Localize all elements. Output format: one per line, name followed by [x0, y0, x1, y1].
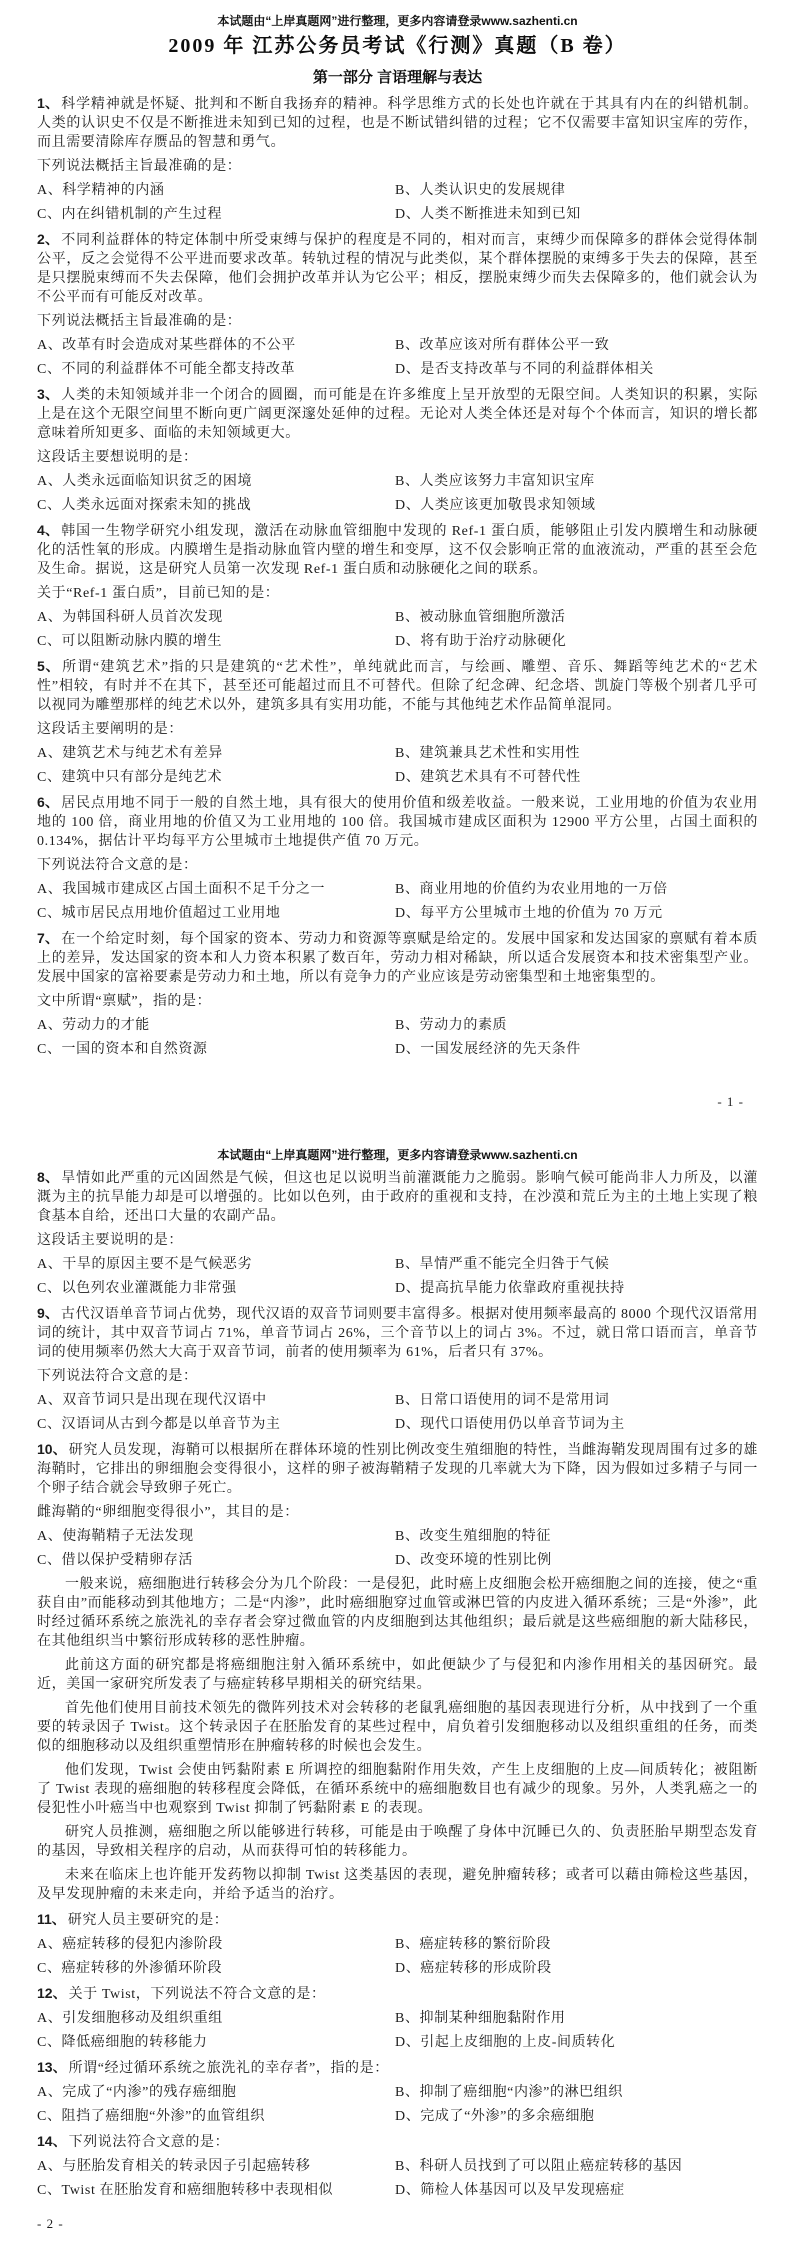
options-grid: A、改革有时会造成对某些群体的不公平B、改革应该对所有群体公平一致C、不同的利益…: [37, 331, 758, 379]
options-grid: A、癌症转移的侵犯内渗阶段B、癌症转移的繁衍阶段C、癌症转移的外渗循环阶段D、癌…: [37, 1930, 758, 1978]
question-stem: 8、旱情如此严重的元凶固然是气候，但这也足以说明当前灌溉能力之脆弱。影响气候可能…: [37, 1168, 758, 1226]
passage-paragraph: 他们发现，Twist 会使由钙黏附素 E 所调控的细胞黏附作用失效，产生上皮细胞…: [37, 1761, 758, 1818]
question-stem: 4、韩国一生物学研究小组发现，激活在动脉血管细胞中发现的 Ref-1 蛋白质，能…: [37, 521, 758, 579]
answer-option: A、劳动力的才能: [37, 1016, 395, 1035]
answer-option: D、筛检人体基因可以及早发现癌症: [395, 2181, 758, 2200]
question-prompt: 下列说法符合文意的是：: [37, 856, 758, 875]
answer-option: D、改变环境的性别比例: [395, 1551, 758, 1570]
question-prompt: 下列说法概括主旨最准确的是：: [37, 157, 758, 176]
answer-option: D、引起上皮细胞的上皮-间质转化: [395, 2033, 758, 2052]
question-list-page1: 1、科学精神就是怀疑、批判和不断自我扬弃的精神。科学思维方式的长处也许就在于其具…: [37, 94, 758, 1059]
question-prompt: 关于“Ref-1 蛋白质”，目前已知的是：: [37, 584, 758, 603]
options-grid: A、科学精神的内涵B、人类认识史的发展规律C、内在纠错机制的产生过程D、人类不断…: [37, 176, 758, 224]
question-number: 12、: [37, 1985, 69, 2001]
options-grid: A、劳动力的才能B、劳动力的素质C、一国的资本和自然资源D、一国发展经济的先天条…: [37, 1011, 758, 1059]
question-stem: 5、所谓“建筑艺术”指的只是建筑的“艺术性”，单纯就此而言，与绘画、雕塑、音乐、…: [37, 657, 758, 715]
question-text: 所谓“经过循环系统之旅洗礼的幸存者”，指的是：: [69, 2061, 389, 2076]
answer-option: B、人类认识史的发展规律: [395, 181, 758, 200]
exam-title: 2009 年 江苏公务员考试《行测》真题（B 卷）: [37, 32, 758, 60]
answer-option: D、一国发展经济的先天条件: [395, 1040, 758, 1059]
question-block: 6、居民点用地不同于一般的自然土地，具有很大的使用价值和级差收益。一般来说，工业…: [37, 793, 758, 923]
answer-option: C、内在纠错机制的产生过程: [37, 205, 395, 224]
answer-option: D、将有助于治疗动脉硬化: [395, 632, 758, 651]
answer-option: D、癌症转移的形成阶段: [395, 1959, 758, 1978]
options-grid: A、完成了“内渗”的残存癌细胞B、抑制了癌细胞“内渗”的淋巴组织C、阻挡了癌细胞…: [37, 2078, 758, 2126]
answer-option: B、抑制了癌细胞“内渗”的淋巴组织: [395, 2083, 758, 2102]
question-number: 8、: [37, 1169, 61, 1185]
question-text: 所谓“建筑艺术”指的只是建筑的“艺术性”，单纯就此而言，与绘画、雕塑、音乐、舞蹈…: [37, 660, 758, 713]
question-stem: 9、古代汉语单音节词占优势，现代汉语的双音节词则要丰富得多。根据对使用频率最高的…: [37, 1304, 758, 1362]
page-number-1: - 1 -: [717, 1094, 744, 1110]
options-grid: A、使海鞘精子无法发现B、改变生殖细胞的特征C、借以保护受精卵存活D、改变环境的…: [37, 1522, 758, 1570]
answer-option: D、建筑艺术具有不可替代性: [395, 768, 758, 787]
answer-option: D、人类不断推进未知到已知: [395, 205, 758, 224]
options-grid: A、与胚胎发育相关的转录因子引起癌转移B、科研人员找到了可以阻止癌症转移的基因C…: [37, 2152, 758, 2200]
question-block: 11、研究人员主要研究的是： A、癌症转移的侵犯内渗阶段B、癌症转移的繁衍阶段C…: [37, 1910, 758, 1978]
answer-option: C、可以阻断动脉内膜的增生: [37, 632, 395, 651]
answer-option: C、一国的资本和自然资源: [37, 1040, 395, 1059]
question-number: 9、: [37, 1305, 61, 1321]
question-number: 4、: [37, 522, 61, 538]
answer-option: C、阻挡了癌细胞“外渗”的血管组织: [37, 2107, 395, 2126]
reading-passage: 一般来说，癌细胞进行转移会分为几个阶段：一是侵犯，此时癌上皮细胞会松开癌细胞之间…: [37, 1575, 758, 1904]
page-number-2: - 2 -: [37, 2216, 64, 2232]
answer-option: B、科研人员找到了可以阻止癌症转移的基因: [395, 2157, 758, 2176]
passage-paragraph: 一般来说，癌细胞进行转移会分为几个阶段：一是侵犯，此时癌上皮细胞会松开癌细胞之间…: [37, 1575, 758, 1651]
options-grid: A、人类永远面临知识贫乏的困境B、人类应该努力丰富知识宝库C、人类永远面对探索未…: [37, 467, 758, 515]
answer-option: A、建筑艺术与纯艺术有差异: [37, 744, 395, 763]
options-grid: A、为韩国科研人员首次发现B、被动脉血管细胞所激活C、可以阻断动脉内膜的增生D、…: [37, 603, 758, 651]
passage-paragraph: 未来在临床上也许能开发药物以抑制 Twist 这类基因的表现，避免肿瘤转移；或者…: [37, 1866, 758, 1904]
section-heading: 第一部分 言语理解与表达: [37, 68, 758, 88]
page-2: 本试题由“上岸真题网”进行整理，更多内容请登录www.sazhenti.cn 8…: [0, 1122, 794, 2244]
question-block: 8、旱情如此严重的元凶固然是气候，但这也足以说明当前灌溉能力之脆弱。影响气候可能…: [37, 1168, 758, 1298]
question-list-page2-top: 8、旱情如此严重的元凶固然是气候，但这也足以说明当前灌溉能力之脆弱。影响气候可能…: [37, 1168, 758, 1570]
question-stem: 11、研究人员主要研究的是：: [37, 1910, 758, 1930]
question-prompt: 下列说法概括主旨最准确的是：: [37, 312, 758, 331]
answer-option: A、为韩国科研人员首次发现: [37, 608, 395, 627]
question-number: 2、: [37, 231, 61, 247]
answer-option: D、完成了“外渗”的多余癌细胞: [395, 2107, 758, 2126]
question-prompt: 下列说法符合文意的是：: [37, 1367, 758, 1386]
answer-option: D、现代口语使用仍以单音节词为主: [395, 1415, 758, 1434]
question-text: 人类的未知领域并非一个闭合的圆圈，而可能是在许多维度上呈开放型的无限空间。人类知…: [37, 388, 758, 441]
question-text: 在一个给定时刻，每个国家的资本、劳动力和资源等禀赋是给定的。发展中国家和发达国家…: [37, 932, 758, 985]
answer-option: B、商业用地的价值约为农业用地的一万倍: [395, 880, 758, 899]
answer-option: C、降低癌细胞的转移能力: [37, 2033, 395, 2052]
passage-paragraph: 首先他们使用目前技术领先的微阵列技术对会转移的老鼠乳癌细胞的基因表现进行分析，从…: [37, 1699, 758, 1756]
answer-option: D、是否支持改革与不同的利益群体相关: [395, 360, 758, 379]
answer-option: B、改变生殖细胞的特征: [395, 1527, 758, 1546]
question-number: 10、: [37, 1441, 69, 1457]
question-number: 13、: [37, 2059, 69, 2075]
question-prompt: 文中所谓“禀赋”，指的是：: [37, 992, 758, 1011]
question-text: 研究人员主要研究的是：: [68, 1913, 229, 1928]
options-grid: A、建筑艺术与纯艺术有差异B、建筑兼具艺术性和实用性C、建筑中只有部分是纯艺术D…: [37, 739, 758, 787]
answer-option: B、改革应该对所有群体公平一致: [395, 336, 758, 355]
answer-option: B、建筑兼具艺术性和实用性: [395, 744, 758, 763]
question-text: 关于 Twist，下列说法不符合文意的是：: [69, 1987, 326, 2002]
answer-option: C、借以保护受精卵存活: [37, 1551, 395, 1570]
question-text: 旱情如此严重的元凶固然是气候，但这也足以说明当前灌溉能力之脆弱。影响气候可能尚非…: [37, 1171, 758, 1224]
question-stem: 6、居民点用地不同于一般的自然土地，具有很大的使用价值和级差收益。一般来说，工业…: [37, 793, 758, 851]
answer-option: B、劳动力的素质: [395, 1016, 758, 1035]
question-stem: 2、不同利益群体的特定体制中所受束缚与保护的程度是不同的，相对而言，束缚少而保障…: [37, 230, 758, 307]
question-number: 5、: [37, 658, 62, 674]
answer-option: A、癌症转移的侵犯内渗阶段: [37, 1935, 395, 1954]
question-prompt: 雌海鞘的“卵细胞变得很小”，其目的是：: [37, 1503, 758, 1522]
answer-option: C、城市居民点用地价值超过工业用地: [37, 904, 395, 923]
page-header-note: 本试题由“上岸真题网”进行整理，更多内容请登录www.sazhenti.cn: [37, 1148, 758, 1162]
question-stem: 12、关于 Twist，下列说法不符合文意的是：: [37, 1984, 758, 2004]
question-text: 科学精神就是怀疑、批判和不断自我扬弃的精神。科学思维方式的长处也许就在于其具有内…: [37, 97, 758, 150]
question-text: 古代汉语单音节词占优势，现代汉语的双音节词则要丰富得多。根据对使用频率最高的 8…: [37, 1307, 758, 1360]
question-block: 13、所谓“经过循环系统之旅洗礼的幸存者”，指的是： A、完成了“内渗”的残存癌…: [37, 2058, 758, 2126]
answer-option: D、每平方公里城市土地的价值为 70 万元: [395, 904, 758, 923]
question-prompt: 这段话主要阐明的是：: [37, 720, 758, 739]
answer-option: C、建筑中只有部分是纯艺术: [37, 768, 395, 787]
answer-option: C、人类永远面对探索未知的挑战: [37, 496, 395, 515]
answer-option: B、被动脉血管细胞所激活: [395, 608, 758, 627]
answer-option: D、提高抗旱能力依靠政府重视扶持: [395, 1279, 758, 1298]
answer-option: C、癌症转移的外渗循环阶段: [37, 1959, 395, 1978]
answer-option: C、Twist 在胚胎发育和癌细胞转移中表现相似: [37, 2181, 395, 2200]
passage-paragraph: 此前这方面的研究都是将癌细胞注射入循环系统中，如此便缺少了与侵犯和内渗作用相关的…: [37, 1656, 758, 1694]
answer-option: B、抑制某种细胞黏附作用: [395, 2009, 758, 2028]
question-text: 研究人员发现，海鞘可以根据所在群体环境的性别比例改变生殖细胞的特性，当雌海鞘发现…: [37, 1443, 758, 1496]
answer-option: B、人类应该努力丰富知识宝库: [395, 472, 758, 491]
question-block: 4、韩国一生物学研究小组发现，激活在动脉血管细胞中发现的 Ref-1 蛋白质，能…: [37, 521, 758, 651]
question-text: 居民点用地不同于一般的自然土地，具有很大的使用价值和级差收益。一般来说，工业用地…: [37, 796, 758, 849]
answer-option: C、不同的利益群体不可能全都支持改革: [37, 360, 395, 379]
question-stem: 1、科学精神就是怀疑、批判和不断自我扬弃的精神。科学思维方式的长处也许就在于其具…: [37, 94, 758, 152]
question-stem: 7、在一个给定时刻，每个国家的资本、劳动力和资源等禀赋是给定的。发展中国家和发达…: [37, 929, 758, 987]
question-number: 6、: [37, 794, 61, 810]
question-number: 11、: [37, 1911, 68, 1927]
page-1: 本试题由“上岸真题网”进行整理，更多内容请登录www.sazhenti.cn 2…: [0, 0, 794, 1122]
question-text: 不同利益群体的特定体制中所受束缚与保护的程度是不同的，相对而言，束缚少而保障多的…: [37, 233, 758, 305]
question-prompt: 这段话主要说明的是：: [37, 1231, 758, 1250]
answer-option: A、使海鞘精子无法发现: [37, 1527, 395, 1546]
question-block: 9、古代汉语单音节词占优势，现代汉语的双音节词则要丰富得多。根据对使用频率最高的…: [37, 1304, 758, 1434]
options-grid: A、双音节词只是出现在现代汉语中B、日常口语使用的词不是常用词C、汉语词从古到今…: [37, 1386, 758, 1434]
answer-option: A、完成了“内渗”的残存癌细胞: [37, 2083, 395, 2102]
options-grid: A、干旱的原因主要不是气候恶劣B、旱情严重不能完全归咎于气候C、以色列农业灌溉能…: [37, 1250, 758, 1298]
question-block: 14、下列说法符合文意的是： A、与胚胎发育相关的转录因子引起癌转移B、科研人员…: [37, 2132, 758, 2200]
question-text: 韩国一生物学研究小组发现，激活在动脉血管细胞中发现的 Ref-1 蛋白质，能够阻…: [37, 524, 758, 577]
question-number: 7、: [37, 930, 61, 946]
question-number: 3、: [37, 386, 61, 402]
question-block: 7、在一个给定时刻，每个国家的资本、劳动力和资源等禀赋是给定的。发展中国家和发达…: [37, 929, 758, 1059]
question-block: 5、所谓“建筑艺术”指的只是建筑的“艺术性”，单纯就此而言，与绘画、雕塑、音乐、…: [37, 657, 758, 787]
answer-option: A、与胚胎发育相关的转录因子引起癌转移: [37, 2157, 395, 2176]
answer-option: A、改革有时会造成对某些群体的不公平: [37, 336, 395, 355]
answer-option: A、引发细胞移动及组织重组: [37, 2009, 395, 2028]
answer-option: A、双音节词只是出现在现代汉语中: [37, 1391, 395, 1410]
question-number: 1、: [37, 95, 61, 111]
answer-option: B、癌症转移的繁衍阶段: [395, 1935, 758, 1954]
question-stem: 13、所谓“经过循环系统之旅洗礼的幸存者”，指的是：: [37, 2058, 758, 2078]
answer-option: A、人类永远面临知识贫乏的困境: [37, 472, 395, 491]
answer-option: B、日常口语使用的词不是常用词: [395, 1391, 758, 1410]
question-stem: 14、下列说法符合文意的是：: [37, 2132, 758, 2152]
question-block: 10、研究人员发现，海鞘可以根据所在群体环境的性别比例改变生殖细胞的特性，当雌海…: [37, 1440, 758, 1570]
answer-option: A、干旱的原因主要不是气候恶劣: [37, 1255, 395, 1274]
question-stem: 3、人类的未知领域并非一个闭合的圆圈，而可能是在许多维度上呈开放型的无限空间。人…: [37, 385, 758, 443]
answer-option: A、科学精神的内涵: [37, 181, 395, 200]
question-block: 1、科学精神就是怀疑、批判和不断自我扬弃的精神。科学思维方式的长处也许就在于其具…: [37, 94, 758, 224]
answer-option: D、人类应该更加敬畏求知领域: [395, 496, 758, 515]
question-text: 下列说法符合文意的是：: [69, 2135, 230, 2150]
options-grid: A、引发细胞移动及组织重组B、抑制某种细胞黏附作用C、降低癌细胞的转移能力D、引…: [37, 2004, 758, 2052]
page-header-note: 本试题由“上岸真题网”进行整理，更多内容请登录www.sazhenti.cn: [37, 14, 758, 28]
options-grid: A、我国城市建成区占国土面积不足千分之一B、商业用地的价值约为农业用地的一万倍C…: [37, 875, 758, 923]
passage-paragraph: 研究人员推测，癌细胞之所以能够进行转移，可能是由于唤醒了身体中沉睡已久的、负责胚…: [37, 1823, 758, 1861]
question-number: 14、: [37, 2133, 69, 2149]
question-block: 12、关于 Twist，下列说法不符合文意的是： A、引发细胞移动及组织重组B、…: [37, 1984, 758, 2052]
question-stem: 10、研究人员发现，海鞘可以根据所在群体环境的性别比例改变生殖细胞的特性，当雌海…: [37, 1440, 758, 1498]
answer-option: A、我国城市建成区占国土面积不足千分之一: [37, 880, 395, 899]
question-block: 3、人类的未知领域并非一个闭合的圆圈，而可能是在许多维度上呈开放型的无限空间。人…: [37, 385, 758, 515]
answer-option: C、以色列农业灌溉能力非常强: [37, 1279, 395, 1298]
question-block: 2、不同利益群体的特定体制中所受束缚与保护的程度是不同的，相对而言，束缚少而保障…: [37, 230, 758, 379]
question-prompt: 这段话主要想说明的是：: [37, 448, 758, 467]
question-list-page2-bottom: 11、研究人员主要研究的是： A、癌症转移的侵犯内渗阶段B、癌症转移的繁衍阶段C…: [37, 1910, 758, 2200]
answer-option: B、旱情严重不能完全归咎于气候: [395, 1255, 758, 1274]
answer-option: C、汉语词从古到今都是以单音节为主: [37, 1415, 395, 1434]
